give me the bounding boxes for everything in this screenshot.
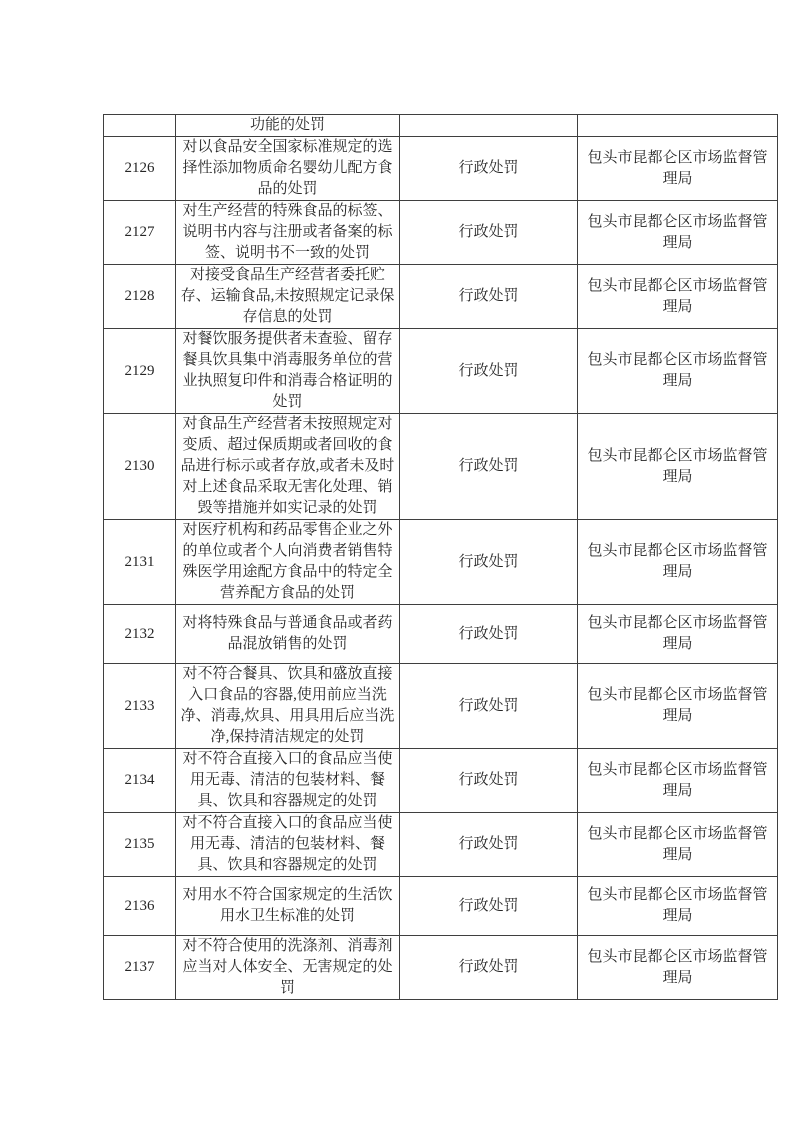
table-row: 2128 对接受食品生产经营者委托贮存、运输食品,未按照规定记录保存信息的处罚 … <box>104 265 778 329</box>
penalty-type-cell: 行政处罚 <box>400 664 578 749</box>
table-row: 功能的处罚 <box>104 115 778 137</box>
penalty-type-cell: 行政处罚 <box>400 813 578 877</box>
authority-cell: 包头市昆都仑区市场监督管理局 <box>578 201 778 265</box>
penalty-type-cell: 行政处罚 <box>400 936 578 1000</box>
table-row: 2136 对用水不符合国家规定的生活饮用水卫生标准的处罚 行政处罚 包头市昆都仑… <box>104 877 778 936</box>
table-row: 2137 对不符合使用的洗涤剂、消毒剂应当对人体安全、无害规定的处罚 行政处罚 … <box>104 936 778 1000</box>
penalty-type-cell <box>400 115 578 137</box>
authority-cell: 包头市昆都仑区市场监督管理局 <box>578 520 778 605</box>
authority-cell: 包头市昆都仑区市场监督管理局 <box>578 605 778 664</box>
row-id-cell: 2129 <box>104 329 176 414</box>
item-name-cell: 对生产经营的特殊食品的标签、说明书内容与注册或者备案的标签、说明书不一致的处罚 <box>176 201 400 265</box>
authority-cell <box>578 115 778 137</box>
table-row: 2133 对不符合餐具、饮具和盛放直接入口食品的容器,使用前应当洗净、消毒,炊具… <box>104 664 778 749</box>
item-name-cell: 功能的处罚 <box>176 115 400 137</box>
item-name-cell: 对用水不符合国家规定的生活饮用水卫生标准的处罚 <box>176 877 400 936</box>
penalty-items-table: 功能的处罚 2126 对以食品安全国家标准规定的选择性添加物质命名婴幼儿配方食品… <box>103 114 778 1000</box>
penalty-type-cell: 行政处罚 <box>400 329 578 414</box>
authority-cell: 包头市昆都仑区市场监督管理局 <box>578 137 778 201</box>
item-name-cell: 对不符合直接入口的食品应当使用无毒、清洁的包装材料、餐具、饮具和容器规定的处罚 <box>176 749 400 813</box>
penalty-type-cell: 行政处罚 <box>400 749 578 813</box>
item-name-cell: 对接受食品生产经营者委托贮存、运输食品,未按照规定记录保存信息的处罚 <box>176 265 400 329</box>
item-name-cell: 对不符合餐具、饮具和盛放直接入口食品的容器,使用前应当洗净、消毒,炊具、用具用后… <box>176 664 400 749</box>
item-name-cell: 对食品生产经营者未按照规定对变质、超过保质期或者回收的食品进行标示或者存放,或者… <box>176 414 400 520</box>
authority-cell: 包头市昆都仑区市场监督管理局 <box>578 936 778 1000</box>
table-row: 2132 对将特殊食品与普通食品或者药品混放销售的处罚 行政处罚 包头市昆都仑区… <box>104 605 778 664</box>
document-page: 功能的处罚 2126 对以食品安全国家标准规定的选择性添加物质命名婴幼儿配方食品… <box>0 0 793 1122</box>
table-row: 2131 对医疗机构和药品零售企业之外的单位或者个人向消费者销售特殊医学用途配方… <box>104 520 778 605</box>
row-id-cell: 2135 <box>104 813 176 877</box>
penalty-type-cell: 行政处罚 <box>400 877 578 936</box>
row-id-cell: 2137 <box>104 936 176 1000</box>
penalty-type-cell: 行政处罚 <box>400 137 578 201</box>
row-id-cell: 2130 <box>104 414 176 520</box>
authority-cell: 包头市昆都仑区市场监督管理局 <box>578 877 778 936</box>
penalty-type-cell: 行政处罚 <box>400 605 578 664</box>
authority-cell: 包头市昆都仑区市场监督管理局 <box>578 664 778 749</box>
penalty-type-cell: 行政处罚 <box>400 520 578 605</box>
table-row: 2135 对不符合直接入口的食品应当使用无毒、清洁的包装材料、餐具、饮具和容器规… <box>104 813 778 877</box>
item-name-cell: 对将特殊食品与普通食品或者药品混放销售的处罚 <box>176 605 400 664</box>
item-name-cell: 对餐饮服务提供者未查验、留存餐具饮具集中消毒服务单位的营业执照复印件和消毒合格证… <box>176 329 400 414</box>
penalty-type-cell: 行政处罚 <box>400 414 578 520</box>
authority-cell: 包头市昆都仑区市场监督管理局 <box>578 265 778 329</box>
item-name-cell: 对不符合使用的洗涤剂、消毒剂应当对人体安全、无害规定的处罚 <box>176 936 400 1000</box>
row-id-cell: 2132 <box>104 605 176 664</box>
authority-cell: 包头市昆都仑区市场监督管理局 <box>578 749 778 813</box>
table-row: 2126 对以食品安全国家标准规定的选择性添加物质命名婴幼儿配方食品的处罚 行政… <box>104 137 778 201</box>
penalty-type-cell: 行政处罚 <box>400 201 578 265</box>
row-id-cell: 2136 <box>104 877 176 936</box>
item-name-cell: 对不符合直接入口的食品应当使用无毒、清洁的包装材料、餐具、饮具和容器规定的处罚 <box>176 813 400 877</box>
item-name-cell: 对医疗机构和药品零售企业之外的单位或者个人向消费者销售特殊医学用途配方食品中的特… <box>176 520 400 605</box>
authority-cell: 包头市昆都仑区市场监督管理局 <box>578 414 778 520</box>
item-name-cell: 对以食品安全国家标准规定的选择性添加物质命名婴幼儿配方食品的处罚 <box>176 137 400 201</box>
table-row: 2130 对食品生产经营者未按照规定对变质、超过保质期或者回收的食品进行标示或者… <box>104 414 778 520</box>
row-id-cell: 2128 <box>104 265 176 329</box>
row-id-cell: 2133 <box>104 664 176 749</box>
authority-cell: 包头市昆都仑区市场监督管理局 <box>578 813 778 877</box>
row-id-cell: 2134 <box>104 749 176 813</box>
row-id-cell <box>104 115 176 137</box>
row-id-cell: 2126 <box>104 137 176 201</box>
table-row: 2129 对餐饮服务提供者未查验、留存餐具饮具集中消毒服务单位的营业执照复印件和… <box>104 329 778 414</box>
row-id-cell: 2127 <box>104 201 176 265</box>
authority-cell: 包头市昆都仑区市场监督管理局 <box>578 329 778 414</box>
table-row: 2127 对生产经营的特殊食品的标签、说明书内容与注册或者备案的标签、说明书不一… <box>104 201 778 265</box>
penalty-type-cell: 行政处罚 <box>400 265 578 329</box>
table-row: 2134 对不符合直接入口的食品应当使用无毒、清洁的包装材料、餐具、饮具和容器规… <box>104 749 778 813</box>
row-id-cell: 2131 <box>104 520 176 605</box>
